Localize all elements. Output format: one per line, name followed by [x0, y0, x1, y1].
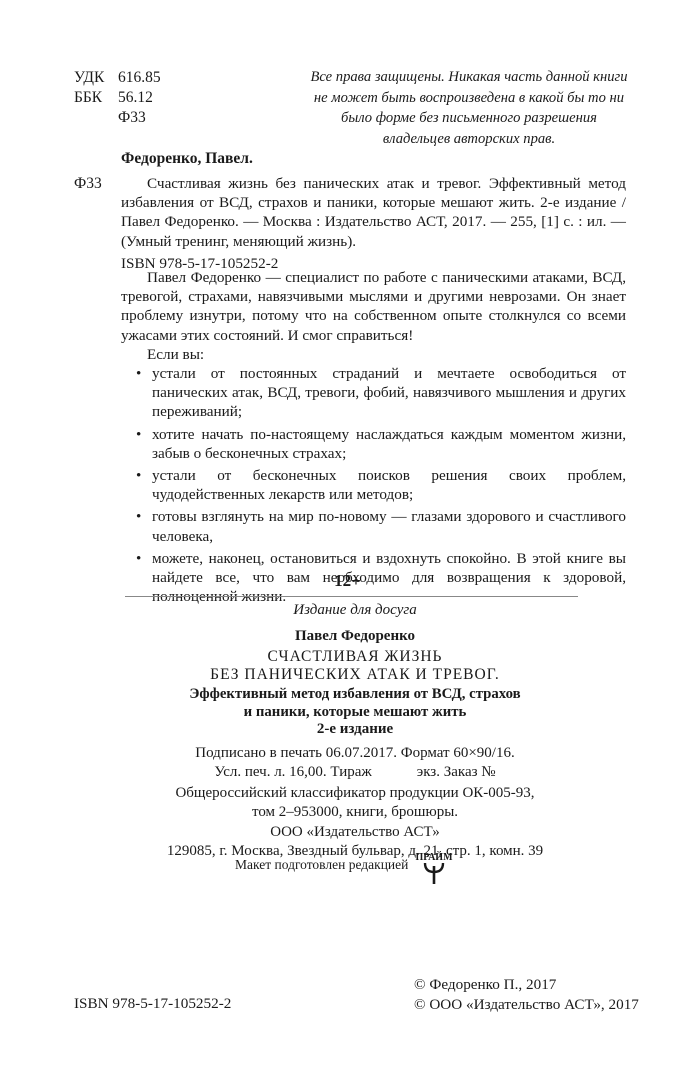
svg-text:ПРАЙМ: ПРАЙМ: [415, 851, 453, 863]
age-rating: 12+: [0, 571, 695, 590]
footer-isbn: ISBN 978-5-17-105252-2: [74, 994, 231, 1013]
udk-row: УДК 616.85: [74, 68, 161, 88]
layout-credit: Макет подготовлен редакцией: [235, 855, 408, 874]
classification-codes: УДК 616.85 ББК 56.12 Ф33: [74, 68, 161, 128]
author-mark-label: [74, 108, 118, 128]
copyright-publisher: © ООО «Издательство АСТ», 2017: [414, 995, 639, 1015]
udk-label: УДК: [74, 68, 118, 88]
print-details: Подписано в печать 06.07.2017. Формат 60…: [110, 744, 600, 781]
divider: [125, 596, 578, 597]
bbk-value: 56.12: [118, 88, 153, 108]
copyright-block: © Федоренко П., 2017 © ООО «Издательство…: [414, 975, 639, 1015]
edition-type: Издание для досуга: [110, 601, 600, 620]
bib-description: Счастливая жизнь без панических атак и т…: [121, 174, 626, 251]
prime-logo-icon: ПРАЙМ: [414, 850, 454, 886]
bullet-icon: •: [136, 364, 141, 383]
copyright-author: © Федоренко П., 2017: [414, 975, 639, 995]
bullet-icon: •: [136, 466, 141, 485]
bullet-icon: •: [136, 425, 141, 444]
bbk-row: ББК 56.12: [74, 88, 161, 108]
annotation-lead: Если вы:: [121, 345, 626, 364]
bib-description-text: Счастливая жизнь без панических атак и т…: [121, 174, 626, 251]
annotation-intro: Павел Федоренко — специалист по работе с…: [121, 268, 626, 345]
bullet-icon: •: [136, 549, 141, 568]
book-title: СЧАСТЛИВАЯ ЖИЗНЬ БЕЗ ПАНИЧЕСКИХ АТАК И Т…: [110, 648, 600, 684]
edition-number: 2-е издание: [110, 720, 600, 739]
udk-value: 616.85: [118, 68, 161, 88]
list-item: •хотите начать по-настоящему наслаждатьс…: [136, 425, 626, 463]
book-subtitle: Эффективный метод избавления от ВСД, стр…: [110, 685, 600, 721]
rights-notice: Все права защищены. Никакая часть данной…: [306, 67, 632, 149]
bbk-label: ББК: [74, 88, 118, 108]
annotation: Павел Федоренко — специалист по работе с…: [121, 268, 626, 609]
author-mark-row: Ф33: [74, 108, 161, 128]
product-classifier: Общероссийский классификатор продукции О…: [110, 784, 600, 821]
author-mark-value: Ф33: [118, 108, 146, 128]
bib-author-code: Ф33: [74, 174, 102, 193]
imprint-author: Павел Федоренко: [110, 627, 600, 646]
bullet-icon: •: [136, 507, 141, 526]
list-item: •устали от бесконечных поисков решения с…: [136, 466, 626, 504]
list-item: •готовы взглянуть на мир по-новому — гла…: [136, 507, 626, 545]
bib-author-heading: Федоренко, Павел.: [121, 149, 253, 168]
list-item: •устали от постоянных страданий и мечтае…: [136, 364, 626, 422]
